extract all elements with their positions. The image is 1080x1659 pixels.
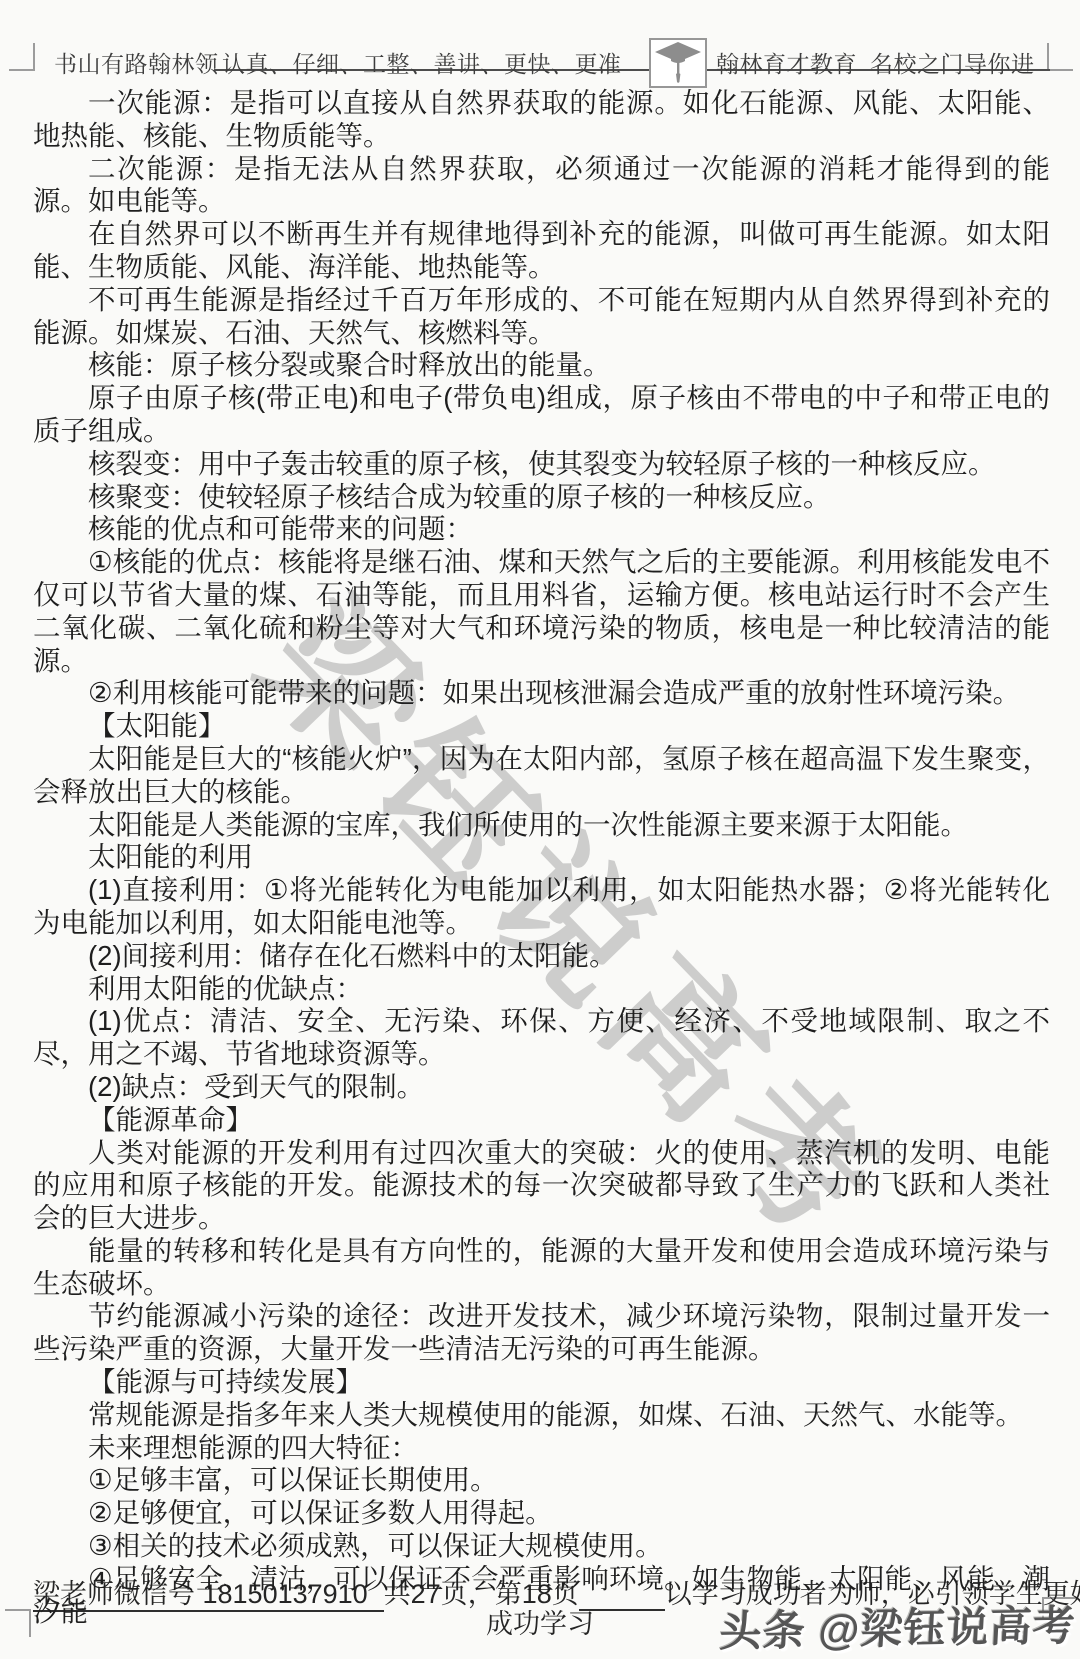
paragraph: 太阳能是巨大的“核能火炉”，因为在太阳内部，氢原子核在超高温下发生聚变，会释放出… [33, 743, 1050, 809]
paragraph: ②足够便宜，可以保证多数人用得起。 [33, 1497, 1050, 1530]
paragraph: 未来理想能源的四大特征： [33, 1432, 1050, 1465]
paragraph: 【能源革命】 [33, 1104, 1050, 1137]
header-motto: 认真、仔细、工整、善讲、更快、更准 [222, 46, 622, 79]
paragraph: 能量的转移和转化是具有方向性的，能源的大量开发和使用会造成环境污染与生态破坏。 [33, 1235, 1050, 1301]
paragraph: 一次能源：是指可以直接从自然界获取的能源。如化石能源、风能、太阳能、地热能、核能… [33, 87, 1050, 153]
margin-mark-top-right [1047, 43, 1073, 71]
paragraph: 【能源与可持续发展】 [33, 1366, 1050, 1399]
paragraph: ②利用核能可能带来的问题：如果出现核泄漏会造成严重的放射性环境污染。 [33, 677, 1050, 710]
paragraph: (1)直接利用：①将光能转化为电能加以利用，如太阳能热水器；②将光能转化为电能加… [33, 874, 1050, 940]
paragraph: 核能：原子核分裂或聚合时释放出的能量。 [33, 349, 1050, 382]
document-page: 书山有路翰林领 认真、仔细、工整、善讲、更快、更准 翰林育才教育 名校之门导你进… [0, 0, 1080, 1659]
paragraph: 【太阳能】 [33, 710, 1050, 743]
header-tagline: 书山有路翰林领 [54, 46, 219, 79]
graduation-cap-icon [653, 41, 703, 85]
paragraph: 原子由原子核(带正电)和电子(带负电)组成，原子核由不带电的中子和带正电的质子组… [33, 382, 1050, 448]
paragraph: 节约能源减小污染的途径：改进开发技术，减少环境污染物，限制过量开发一些污染严重的… [33, 1300, 1050, 1366]
paragraph: 在自然界可以不断再生并有规律地得到补充的能源，叫做可再生能源。如太阳能、生物质能… [33, 218, 1050, 284]
paragraph: (2)缺点：受到天气的限制。 [33, 1071, 1050, 1104]
paragraph: ④足够安全、清沽，可以保证不会严重影响环境。如生物能、太阳能、风能、潮汐能 [33, 1563, 1050, 1629]
paragraph: 核聚变：使较轻原子核结合成为较重的原子核的一种核反应。 [33, 481, 1050, 514]
paragraph: 二次能源：是指无法从自然界获取，必须通过一次能源的消耗才能得到的能源。如电能等。 [33, 153, 1050, 219]
paragraph: ①核能的优点：核能将是继石油、煤和天然气之后的主要能源。利用核能发电不仅可以节省… [33, 546, 1050, 677]
paragraph: 利用太阳能的优缺点： [33, 973, 1050, 1006]
paragraph: 人类对能源的开发利用有过四次重大的突破：火的使用、蒸汽机的发明、电能的应用和原子… [33, 1137, 1050, 1235]
paragraph: 太阳能是人类能源的宝库，我们所使用的一次性能源主要来源于太阳能。 [33, 809, 1050, 842]
header-brand: 翰林育才教育 [716, 46, 857, 79]
document-body: 一次能源：是指可以直接从自然界获取的能源。如化石能源、风能、太阳能、地热能、核能… [33, 87, 1050, 1628]
paragraph: 核裂变：用中子轰击较重的原子核，使其裂变为较轻原子核的一种核反应。 [33, 448, 1050, 481]
paragraph: 不可再生能源是指经过千百万年形成的、不可能在短期内从自然界得到补充的能源。如煤炭… [33, 284, 1050, 350]
paragraph: (2)间接利用：储存在化石燃料中的太阳能。 [33, 940, 1050, 973]
paragraph: 常规能源是指多年来人类大规模使用的能源，如煤、石油、天然气、水能等。 [33, 1399, 1050, 1432]
paragraph: ③相关的技术必须成熟，可以保证大规模使用。 [33, 1530, 1050, 1563]
paragraph: 核能的优点和可能带来的问题： [33, 513, 1050, 546]
paragraph: (1)优点：清洁、安全、无污染、环保、方便、经济、不受地域限制、取之不尽，用之不… [33, 1005, 1050, 1071]
school-logo [649, 38, 707, 88]
paragraph: 太阳能的利用 [33, 841, 1050, 874]
header-slogan: 名校之门导你进 [870, 46, 1035, 79]
margin-mark-top-left [9, 43, 35, 71]
paragraph: ①足够丰富，可以保证长期使用。 [33, 1464, 1050, 1497]
